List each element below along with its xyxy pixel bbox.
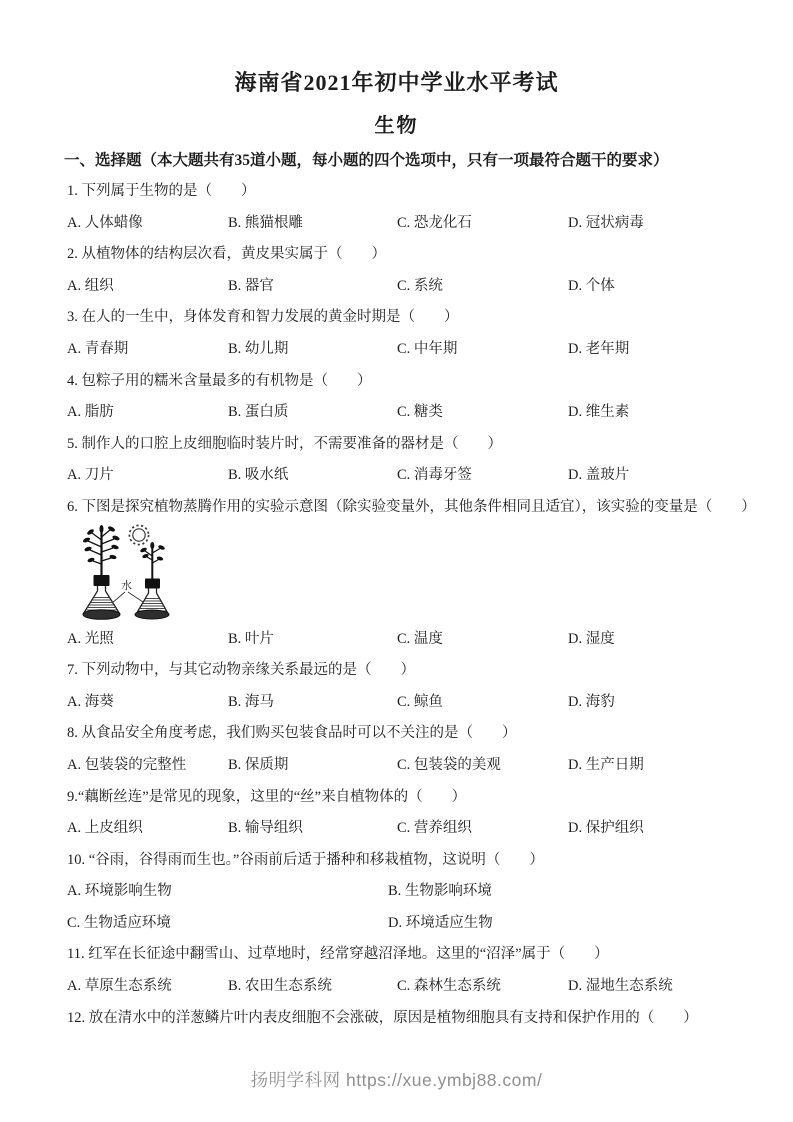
question-stem: 8. 从食品安全角度考虑，我们购买包装食品时可以不关注的是（ ） [67, 718, 763, 750]
option: B. 幼儿期 [228, 334, 397, 366]
option: D. 湿地生态系统 [568, 971, 763, 1003]
option: B. 海马 [228, 687, 397, 719]
option: B. 生物影响环境 [388, 876, 763, 908]
left-flask [82, 525, 120, 619]
option: C. 恐龙化石 [397, 208, 568, 240]
question-stem: 11. 红军在长征途中翻雪山、过草地时，经常穿越沼泽地。这里的“沼泽”属于（ ） [67, 939, 763, 971]
option-row: A. 包装袋的完整性 B. 保质期 C. 包装袋的美观 D. 生产日期 [67, 750, 763, 782]
option: B. 蛋白质 [228, 397, 397, 429]
question-stem: 5. 制作人的口腔上皮细胞临时装片时，不需要准备的器材是（ ） [67, 429, 763, 461]
option: C. 营养组织 [397, 813, 568, 845]
question-stem: 7. 下列动物中，与其它动物亲缘关系最远的是（ ） [67, 655, 763, 687]
question-stem: 12. 放在清水中的洋葱鳞片叶内表皮细胞不会涨破，原因是植物细胞具有支持和保护作… [67, 1003, 763, 1035]
option: A. 包装袋的完整性 [67, 750, 228, 782]
option: D. 保护组织 [568, 813, 763, 845]
option: C. 消毒牙签 [397, 460, 568, 492]
question-stem: 9.“藕断丝连”是常见的现象，这里的“丝”来自植物体的（ ） [67, 782, 763, 814]
option-row: A. 草原生态系统 B. 农田生态系统 C. 森林生态系统 D. 湿地生态系统 [67, 971, 763, 1003]
option: C. 中年期 [397, 334, 568, 366]
option: A. 草原生态系统 [67, 971, 228, 1003]
option: A. 上皮组织 [67, 813, 228, 845]
footer-watermark: 扬明学科网 https://xue.ymbj88.com/ [0, 1068, 793, 1092]
option: B. 输导组织 [228, 813, 397, 845]
flasks-illustration: 水 [61, 520, 213, 632]
option-row: A. 海葵 B. 海马 C. 鲸鱼 D. 海豹 [67, 687, 763, 719]
option: A. 海葵 [67, 687, 228, 719]
page-title: 海南省2021年初中学业水平考试 [0, 0, 793, 98]
option: D. 维生素 [568, 397, 763, 429]
option: A. 人体蜡像 [67, 208, 228, 240]
option: D. 环境适应生物 [388, 908, 763, 940]
option: D. 生产日期 [568, 750, 763, 782]
option: A. 刀片 [67, 460, 228, 492]
question-list: 1. 下列属于生物的是（ ） A. 人体蜡像 B. 熊猫根雕 C. 恐龙化石 D… [67, 176, 763, 1034]
question-stem: 10. “谷雨，谷得雨而生也。”谷雨前后适于播种和移栽植物，这说明（ ） [67, 845, 763, 877]
option-row: A. 人体蜡像 B. 熊猫根雕 C. 恐龙化石 D. 冠状病毒 [67, 208, 763, 240]
option: B. 吸水纸 [228, 460, 397, 492]
question-stem: 2. 从植物体的结构层次看，黄皮果实属于（ ） [67, 239, 763, 271]
option: A. 组织 [67, 271, 228, 303]
option: C. 生物适应环境 [67, 908, 388, 940]
option-row: A. 上皮组织 B. 输导组织 C. 营养组织 D. 保护组织 [67, 813, 763, 845]
subject-title: 生物 [0, 112, 793, 140]
option: D. 个体 [568, 271, 763, 303]
exam-paper-page: 海南省2021年初中学业水平考试 生物 一、选择题（本大题共有35道小题，每小题… [0, 0, 793, 1122]
option: B. 保质期 [228, 750, 397, 782]
question-stem: 3. 在人的一生中，身体发育和智力发展的黄金时期是（ ） [67, 302, 763, 334]
option: D. 冠状病毒 [568, 208, 763, 240]
option: D. 湿度 [568, 624, 763, 656]
option: D. 海豹 [568, 687, 763, 719]
option: C. 糖类 [397, 397, 568, 429]
option: A. 环境影响生物 [67, 876, 388, 908]
question-stem: 1. 下列属于生物的是（ ） [67, 176, 763, 208]
option-row: A. 脂肪 B. 蛋白质 C. 糖类 D. 维生素 [67, 397, 763, 429]
option: D. 盖玻片 [568, 460, 763, 492]
option: A. 青春期 [67, 334, 228, 366]
transpiration-experiment-figure: 水 [61, 524, 763, 624]
option-row: A. 刀片 B. 吸水纸 C. 消毒牙签 D. 盖玻片 [67, 460, 763, 492]
option-row: A. 环境影响生物 B. 生物影响环境 [67, 876, 763, 908]
sun-icon [129, 525, 148, 544]
option: B. 熊猫根雕 [228, 208, 397, 240]
option: B. 叶片 [228, 624, 397, 656]
option: C. 温度 [397, 624, 568, 656]
section-heading: 一、选择题（本大题共有35道小题，每小题的四个选项中，只有一项最符合题干的要求） [64, 150, 763, 172]
option: B. 器官 [228, 271, 397, 303]
option: C. 鲸鱼 [397, 687, 568, 719]
option-row: A. 青春期 B. 幼儿期 C. 中年期 D. 老年期 [67, 334, 763, 366]
option: D. 老年期 [568, 334, 763, 366]
option-row: C. 生物适应环境 D. 环境适应生物 [67, 908, 763, 940]
question-stem: 4. 包粽子用的糯米含量最多的有机物是（ ） [67, 366, 763, 398]
option: B. 农田生态系统 [228, 971, 397, 1003]
option: A. 脂肪 [67, 397, 228, 429]
option: C. 包装袋的美观 [397, 750, 568, 782]
right-flask [135, 542, 169, 619]
water-label: 水 [121, 578, 132, 592]
water-label-group: 水 [112, 578, 143, 603]
option: C. 系统 [397, 271, 568, 303]
option-row: A. 组织 B. 器官 C. 系统 D. 个体 [67, 271, 763, 303]
option: C. 森林生态系统 [397, 971, 568, 1003]
